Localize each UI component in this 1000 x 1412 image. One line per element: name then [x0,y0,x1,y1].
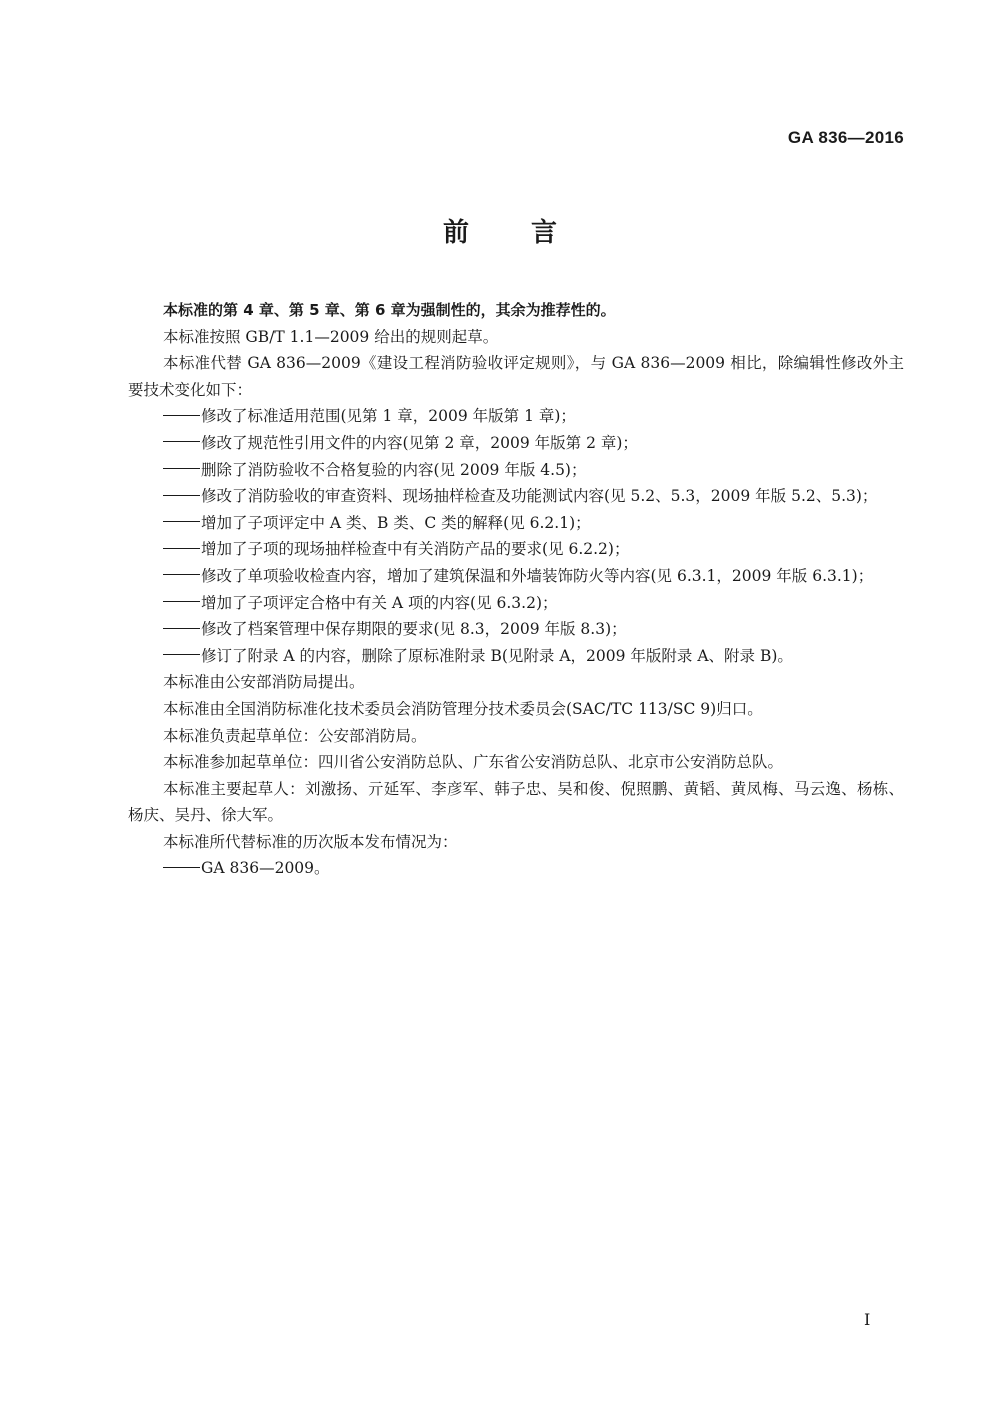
foreword-body: 本标准的第 4 章、第 5 章、第 6 章为强制性的，其余为推荐性的。 本标准按… [128,297,904,882]
paragraph-administered-by: 本标准由全国消防标准化技术委员会消防管理分技术委员会(SAC/TC 113/SC… [128,696,904,723]
history-item: GA 836—2009。 [128,855,904,882]
list-item: 增加了子项的现场抽样检查中有关消防产品的要求(见 6.2.2)； [128,536,904,563]
dash-icon [163,468,200,469]
list-item: 修改了规范性引用文件的内容(见第 2 章，2009 年版第 2 章)； [128,430,904,457]
paragraph-participating-units: 本标准参加起草单位：四川省公安消防总队、广东省公安消防总队、北京市公安消防总队。 [128,749,904,776]
paragraph-main-drafters: 本标准主要起草人：刘激扬、亓延军、李彦军、韩子忠、吴和俊、倪照鹏、黄韬、黄凤梅、… [128,776,904,829]
dash-icon [163,441,200,442]
dash-icon [163,574,200,575]
title-char-1: 前 [443,212,469,249]
paragraph-replaces: 本标准代替 GA 836—2009《建设工程消防验收评定规则》，与 GA 836… [128,350,904,403]
list-item: 修改了单项验收检查内容，增加了建筑保温和外墙装饰防火等内容(见 6.3.1，20… [128,563,904,590]
standard-code: GA 836—2016 [788,128,904,148]
list-item: 修改了档案管理中保存期限的要求(见 8.3，2009 年版 8.3)； [128,616,904,643]
paragraph-history-intro: 本标准所代替标准的历次版本发布情况为： [128,829,904,856]
paragraph-mandatory: 本标准的第 4 章、第 5 章、第 6 章为强制性的，其余为推荐性的。 [128,297,904,324]
dash-icon [163,867,200,868]
list-item: 修改了标准适用范围(见第 1 章，2009 年版第 1 章)； [128,403,904,430]
dash-icon [163,521,200,522]
dash-icon [163,415,200,416]
dash-icon [163,601,200,602]
list-item: 增加了子项评定合格中有关 A 项的内容(见 6.3.2)； [128,590,904,617]
page-number: I [864,1310,870,1329]
list-item: 增加了子项评定中 A 类、B 类、C 类的解释(见 6.2.1)； [128,510,904,537]
dash-icon [163,628,200,629]
dash-icon [163,654,200,655]
page-title: 前言 [0,212,1000,249]
paragraph-responsible-unit: 本标准负责起草单位：公安部消防局。 [128,723,904,750]
list-item: 修改了消防验收的审查资料、现场抽样检查及功能测试内容(见 5.2、5.3，200… [128,483,904,510]
list-item: 修订了附录 A 的内容，删除了原标准附录 B(见附录 A，2009 年版附录 A… [128,643,904,670]
changes-list: 修改了标准适用范围(见第 1 章，2009 年版第 1 章)； 修改了规范性引用… [128,403,904,669]
list-item: 删除了消防验收不合格复验的内容(见 2009 年版 4.5)； [128,457,904,484]
title-char-2: 言 [531,212,557,249]
paragraph-proposed-by: 本标准由公安部消防局提出。 [128,669,904,696]
dash-icon [163,548,200,549]
paragraph-drafting-rule: 本标准按照 GB/T 1.1—2009 给出的规则起草。 [128,324,904,351]
dash-icon [163,495,200,496]
